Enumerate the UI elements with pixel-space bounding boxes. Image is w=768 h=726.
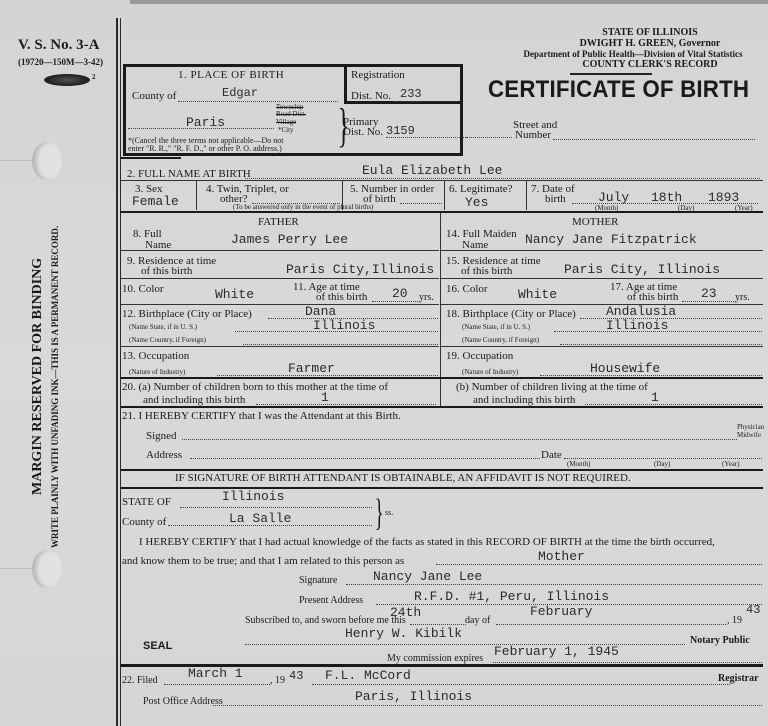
mother-occupation-label: 19. Occupation [446,351,513,362]
notary-public-label: Notary Public [690,636,750,646]
mother-state-label: (Name State, if in U. S.) [462,324,530,331]
section-divider [121,406,763,408]
sworn-day[interactable]: 24th [390,606,421,619]
relation-value[interactable]: Mother [538,550,585,563]
sworn-year-suffix[interactable]: 43 [746,604,760,616]
filed-year-suffix[interactable]: 43 [289,670,303,682]
row-divider [441,278,763,279]
dob-day[interactable]: 18th [651,191,682,204]
affidavit-state-value[interactable]: Illinois [222,490,284,503]
section-divider [121,469,763,471]
row-divider [121,304,439,305]
present-address-label: Present Address [299,596,363,606]
section-divider [121,211,763,213]
dist-line [395,101,457,102]
attendant-certify-label: 21. I HEREBY CERTIFY that I was the Atte… [122,411,401,422]
children-living-label-1: (b) Number of children living at the tim… [456,382,648,393]
county-line [178,101,338,102]
birth-certificate: V. S. No. 3-A (19720—150M—3-42) 2 MARGIN… [0,0,768,726]
affidavit-certify-line1: I HEREBY CERTIFY that I had actual knowl… [139,537,715,548]
ss-label: ss. [385,509,393,517]
full-name-value[interactable]: Eula Elizabeth Lee [362,164,502,177]
children-born-value[interactable]: 1 [321,391,329,404]
registrar-line [312,684,730,685]
affidavit-certify-line2: and know them to be true; and that I am … [122,556,404,567]
father-residence-value[interactable]: Paris City,Illinois [286,263,434,276]
full-name-line [245,178,760,179]
binding-hole-top-icon [32,142,62,180]
commission-label: My commission expires [387,654,483,664]
po-address-label: Post Office Address [143,697,223,707]
row-divider [441,346,763,347]
primary-dist-label: Dist. No. [343,127,383,138]
father-heading: FATHER [258,217,299,228]
relation-line [436,564,762,565]
filed-year-prefix: , 19 [270,676,285,686]
city-line [128,128,274,129]
signature-label: Signature [299,576,337,586]
commission-line [493,662,762,663]
mother-occupation-value[interactable]: Housewife [590,362,660,375]
father-state-label: (Name State, if in U. S.) [129,324,197,331]
mother-birthplace-state[interactable]: Illinois [606,319,668,332]
full-name-label: 2. FULL NAME AT BIRTH [127,169,251,180]
children-born-label-2: and including this birth [143,395,245,406]
mother-industry-label: (Nature of Industry) [462,369,518,376]
present-address-value[interactable]: R.F.D. #1, Peru, Illinois [414,590,609,603]
dist-label: Dist. No. [351,91,391,102]
mother-country-label: (Name Country, if Foreign) [462,337,539,344]
children-born-line [256,404,436,405]
signature-line [346,584,762,585]
midwife-label: Midwife [737,432,761,439]
mother-age-label-2: of this birth [627,292,678,303]
header-department: Department of Public Health—Division of … [490,50,768,59]
father-country-label: (Name Country, if Foreign) [129,337,206,344]
row-divider [121,346,439,347]
filed-date-line [164,684,270,685]
cancel-note-line2: enter "R. R.," "R. F. D.," or other P. O… [128,145,282,153]
mother-color-label: 16. Color [446,284,488,295]
box-bottom-stub [121,157,181,159]
kept-city-term: *City [278,127,294,134]
sworn-month[interactable]: February [530,605,592,618]
scan-edge-shadow [130,0,768,4]
attendant-year-caption: (Year) [722,461,740,468]
header-state: STATE OF ILLINOIS [560,28,740,38]
mother-birthplace-label: 18. Birthplace (City or Place) [446,309,576,320]
header-divider [570,73,652,75]
father-residence-label-2: of this birth [141,266,192,277]
signature-value[interactable]: Nancy Jane Lee [373,570,482,583]
margin-rule-inner [120,18,121,726]
street-line-left [466,137,512,138]
section-divider [121,377,763,379]
row-divider [121,278,439,279]
mother-country-line[interactable] [560,344,762,345]
affidavit-brace: } [375,494,384,532]
mother-residence-value[interactable]: Paris City, Illinois [564,263,720,276]
row-divider [121,180,763,181]
mother-age-unit: yrs. [735,293,750,303]
affidavit-not-required-note: IF SIGNATURE OF BIRTH ATTENDANT IS OBTAI… [175,473,631,484]
place-of-birth-label: 1. PLACE OF BIRTH [178,70,284,81]
po-address-line [213,705,762,706]
father-birthplace-city[interactable]: Dana [305,305,336,318]
sworn-label: Subscribed to, and sworn before me this [245,616,406,626]
dob-label-2: birth [545,194,566,205]
registrar-name[interactable]: F.L. McCord [325,669,411,682]
physician-label: Physician [737,424,764,431]
sworn-day-line [410,624,466,625]
children-living-label-2: and including this birth [473,395,575,406]
col-divider [526,180,527,210]
filed-date[interactable]: March 1 [188,667,243,680]
dist-value[interactable]: 233 [400,88,422,100]
mother-heading: MOTHER [572,217,618,228]
attendant-address-line[interactable] [190,458,540,459]
binding-hole-bottom-icon [32,550,62,588]
notary-name[interactable]: Henry W. Kibilk [345,627,462,640]
row-divider [441,304,763,305]
po-address-value[interactable]: Paris, Illinois [355,690,472,703]
row-divider [441,250,763,251]
mother-age-value[interactable]: 23 [701,287,717,300]
father-color-label: 10. Color [122,284,164,295]
affidavit-state-label: STATE OF [122,497,171,508]
margin-rule [116,18,118,726]
mother-residence-label-2: of this birth [461,266,512,277]
county-label: County of [132,91,176,102]
father-country-line[interactable] [243,344,438,345]
mother-age-line [682,301,736,302]
dob-month[interactable]: July [598,191,629,204]
col-divider [444,180,445,210]
affidavit-county-label: County of [122,517,166,528]
struck-road-dist: Road Dist. [276,111,306,118]
header-record-type: COUNTY CLERK'S RECORD [540,60,760,70]
sex-value[interactable]: Female [132,195,179,208]
print-code: (19720—150M—3-42) [18,58,103,67]
legitimate-label: 6. Legitimate? [449,184,513,195]
margin-permanent-record-note: WRITE PLAINLY WITH UNFADING INK—THIS IS … [50,226,60,548]
attendant-day-caption: (Day) [654,461,670,468]
form-number: V. S. No. 3-A [18,38,99,53]
seal-label: SEAL [143,641,172,652]
page-title: CERTIFICATE OF BIRTH [488,78,749,102]
attendant-signed-label: Signed [146,431,177,442]
attendant-address-label: Address [146,450,182,461]
affidavit-state-line [180,507,372,508]
mother-birthplace-city[interactable]: Andalusia [606,305,676,318]
father-birthplace-label: 12. Birthplace (City or Place) [122,309,252,320]
sworn-month-line [496,624,726,625]
order-line[interactable] [400,203,442,204]
father-age-value[interactable]: 20 [392,287,408,300]
street-line[interactable] [553,139,755,140]
notary-line [245,644,685,645]
registration-label: Registration [351,70,405,81]
children-born-label-1: 20. (a) Number of children born to this … [122,382,388,393]
attendant-date-line[interactable] [564,458,762,459]
mother-color-value[interactable]: White [518,288,557,301]
section-divider [121,487,763,489]
county-value[interactable]: Edgar [222,87,258,99]
primary-dist-value[interactable]: 3159 [386,125,415,137]
struck-village: Village [276,119,296,126]
father-birthplace-state[interactable]: Illinois [313,319,375,332]
father-name-value[interactable]: James Perry Lee [231,233,348,246]
street-label-2: Number [515,130,551,141]
children-living-value[interactable]: 1 [651,391,659,404]
father-industry-label: (Nature of Industry) [129,369,185,376]
dob-year[interactable]: 1893 [708,191,739,204]
father-age-label-2: of this birth [316,292,367,303]
commission-value[interactable]: February 1, 1945 [494,645,619,658]
registrar-label: Registrar [718,674,759,684]
margin-binding-title: MARGIN RESERVED FOR BINDING [30,258,46,495]
row-divider [121,250,439,251]
affidavit-county-value[interactable]: La Salle [229,512,291,525]
sworn-year-prefix: , 19 [727,616,742,626]
union-mark-number: 2 [92,74,96,81]
day-of-label: day of [465,616,490,626]
header-governor: DWIGHT H. GREEN, Governor [540,39,760,49]
children-living-line [585,404,762,405]
father-age-line [372,301,420,302]
attendant-signature-line[interactable] [182,439,737,440]
father-age-unit: yrs. [419,293,434,303]
order-label-2: of birth [363,194,396,205]
mother-name-value[interactable]: Nancy Jane Fitzpatrick [525,233,697,246]
attendant-month-caption: (Month) [567,461,590,468]
attendant-date-label: Date [541,450,562,461]
filed-label: 22. Filed [122,676,158,686]
col-divider [196,180,197,210]
father-color-value[interactable]: White [215,288,254,301]
union-label-icon [44,74,90,86]
father-occupation-value[interactable]: Farmer [288,362,335,375]
legitimate-value[interactable]: Yes [465,196,488,209]
plural-births-note: (To be answered only in the event of plu… [233,204,373,211]
father-occupation-label: 13. Occupation [122,351,189,362]
